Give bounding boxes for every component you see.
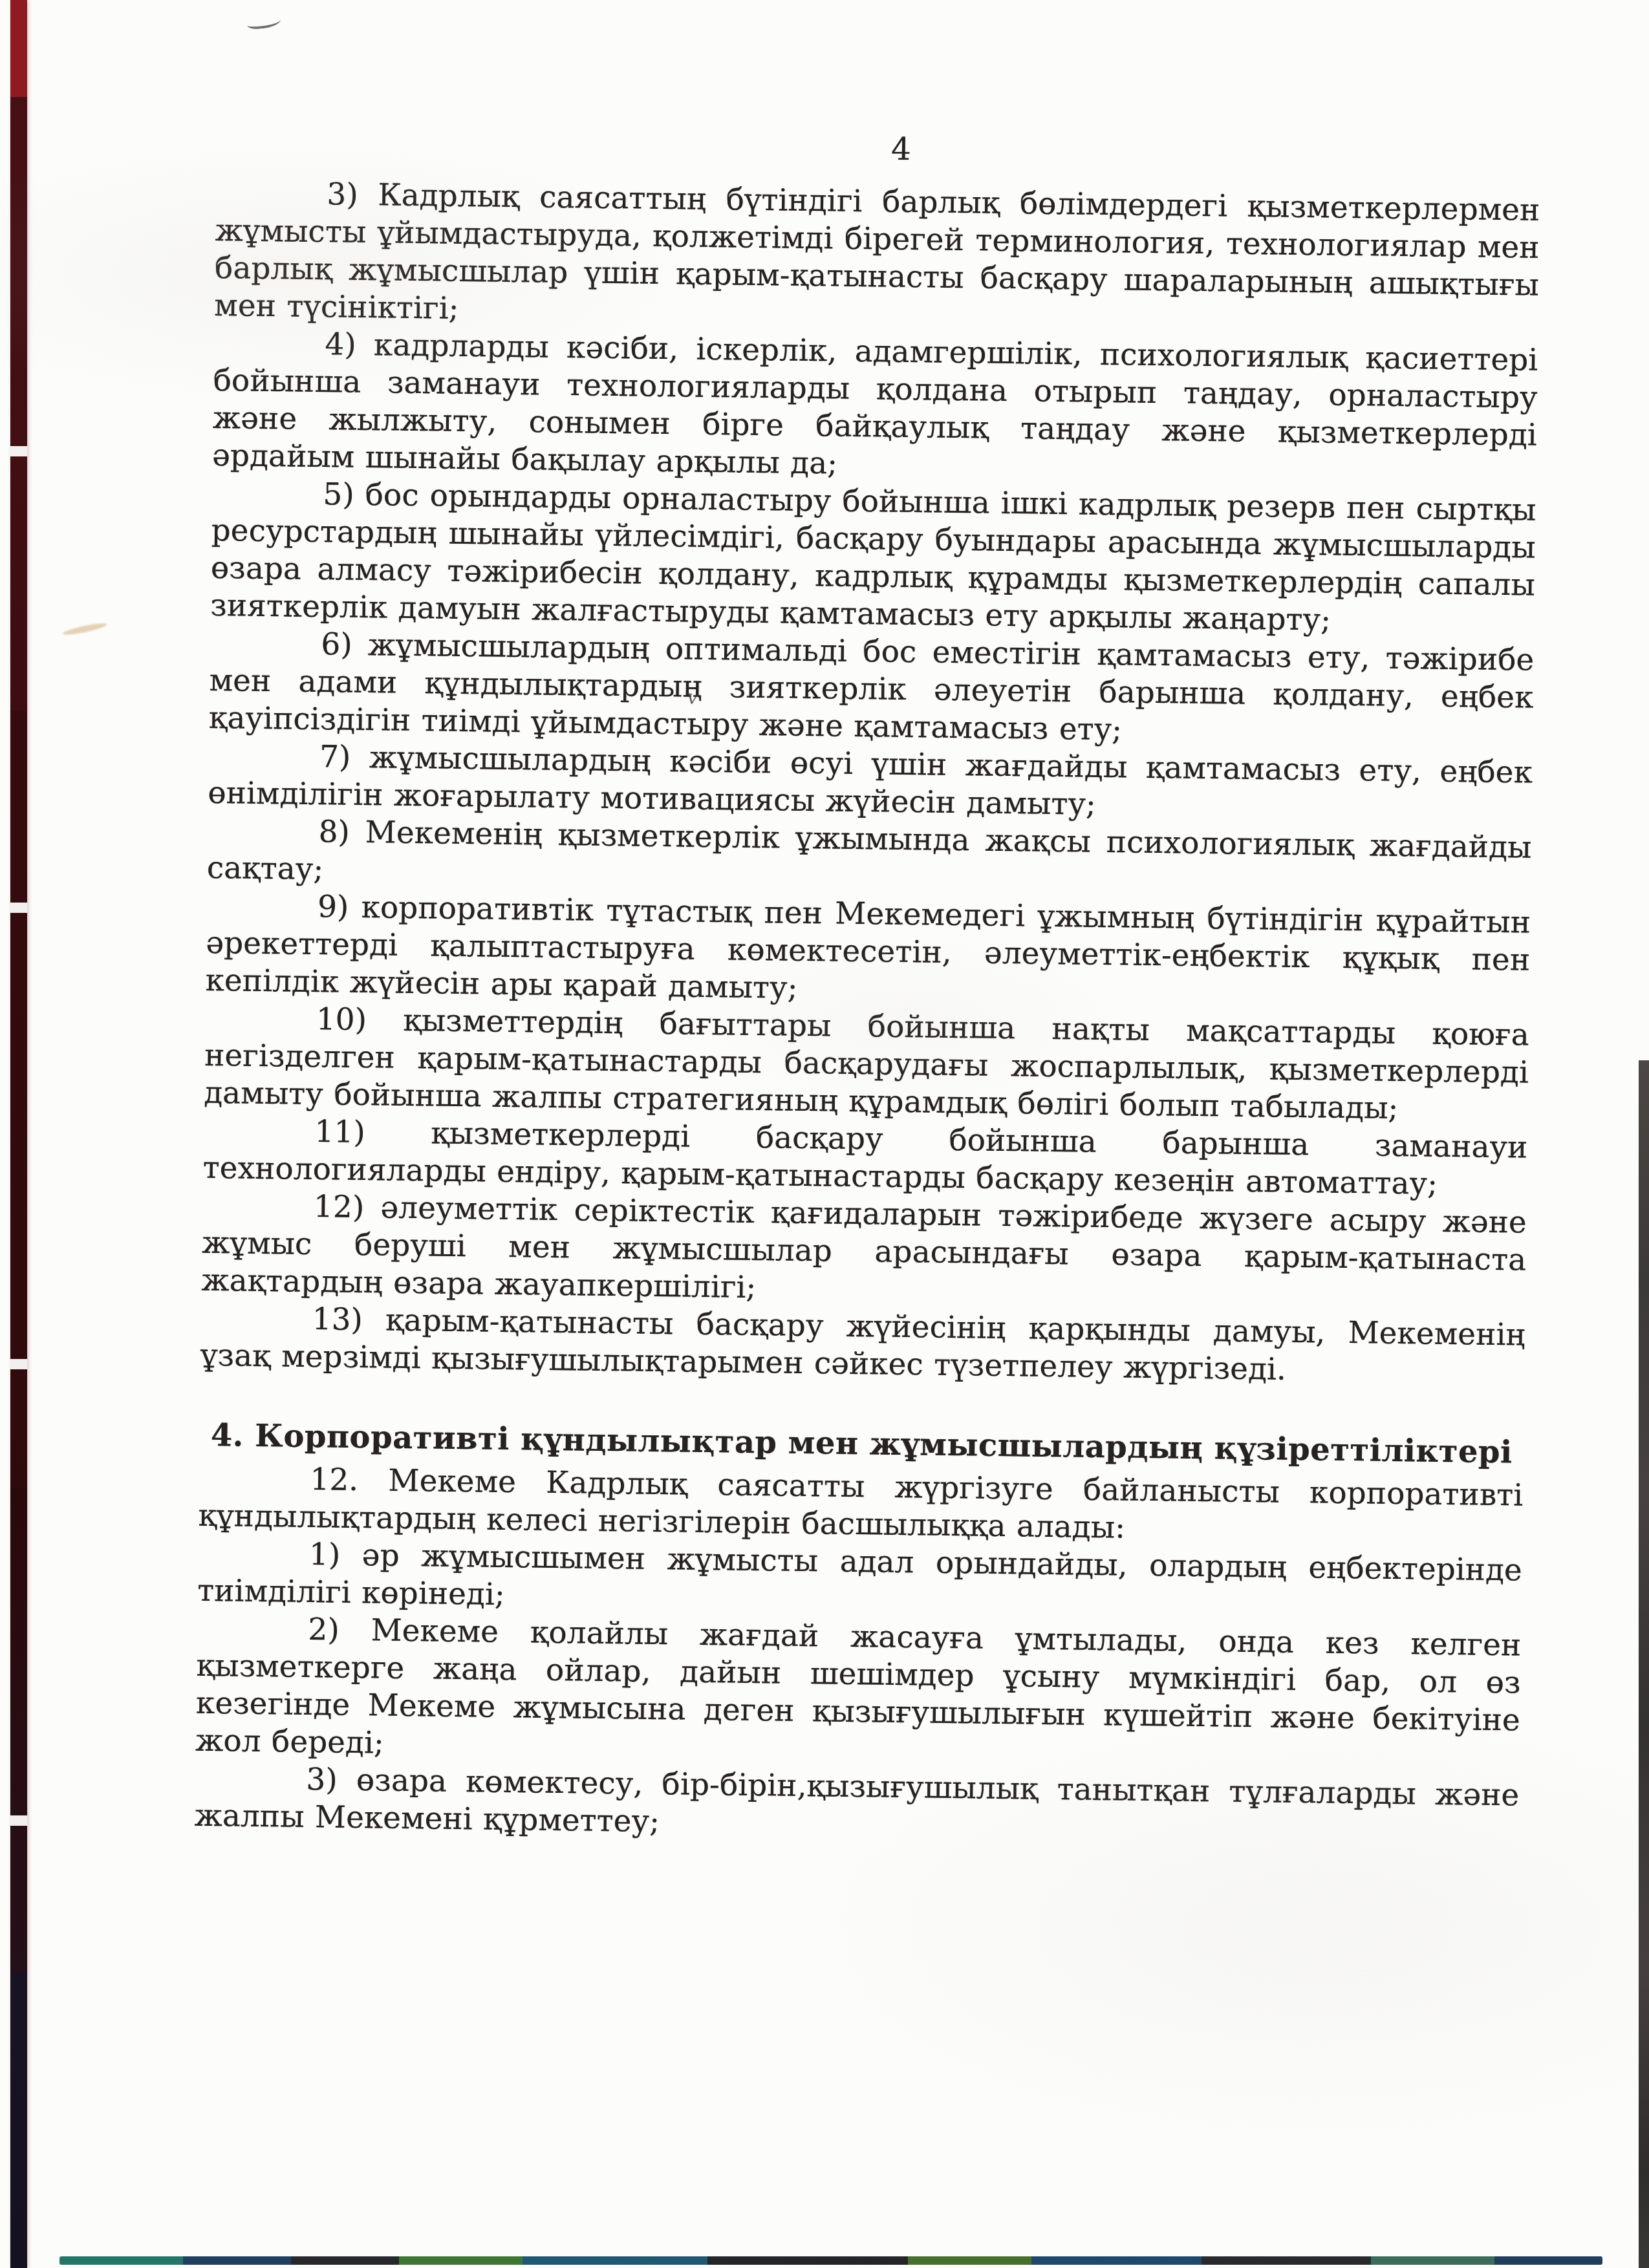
left-edge-scan-band xyxy=(10,0,27,2268)
tan-smudge-mark xyxy=(62,621,108,637)
paragraph-item-5: 5) бос орындарды орналастыру бойынша ішк… xyxy=(210,475,1536,642)
paragraph-item-4: 4) кадрларды кәсіби, іскерлік, адамгерші… xyxy=(212,325,1538,492)
scanned-document-page: 4 3) Кадрлық саясаттың бүтіндігі барлық … xyxy=(0,0,1649,2268)
paragraph-item-12: 12) әлеуметтік серіктестік қағидаларын т… xyxy=(201,1187,1527,1317)
paragraph-item-3: 3) Кадрлық саясаттың бүтіндігі барлық бө… xyxy=(214,175,1540,342)
paragraph-item-6: 6) жұмысшылардың оптимальді бос еместігі… xyxy=(209,625,1535,754)
paragraph-item-9: 9) корпоративтік тұтастық пен Мекемедегі… xyxy=(205,887,1531,1017)
page-number: 4 xyxy=(216,122,1541,177)
right-edge-scan-band xyxy=(1639,1060,1649,2268)
document-body: 4 3) Кадрлық саясаттың бүтіндігі барлық … xyxy=(194,122,1541,1852)
pen-squiggle-mark xyxy=(246,15,281,30)
paragraph-item-10: 10) қызметтердің бағыттары бойынша нақты… xyxy=(204,1000,1529,1129)
value-item-2: 2) Мекеме қолайлы жағдай жасауға ұмтылад… xyxy=(195,1610,1522,1777)
bottom-edge-scan-band xyxy=(59,2256,1602,2265)
